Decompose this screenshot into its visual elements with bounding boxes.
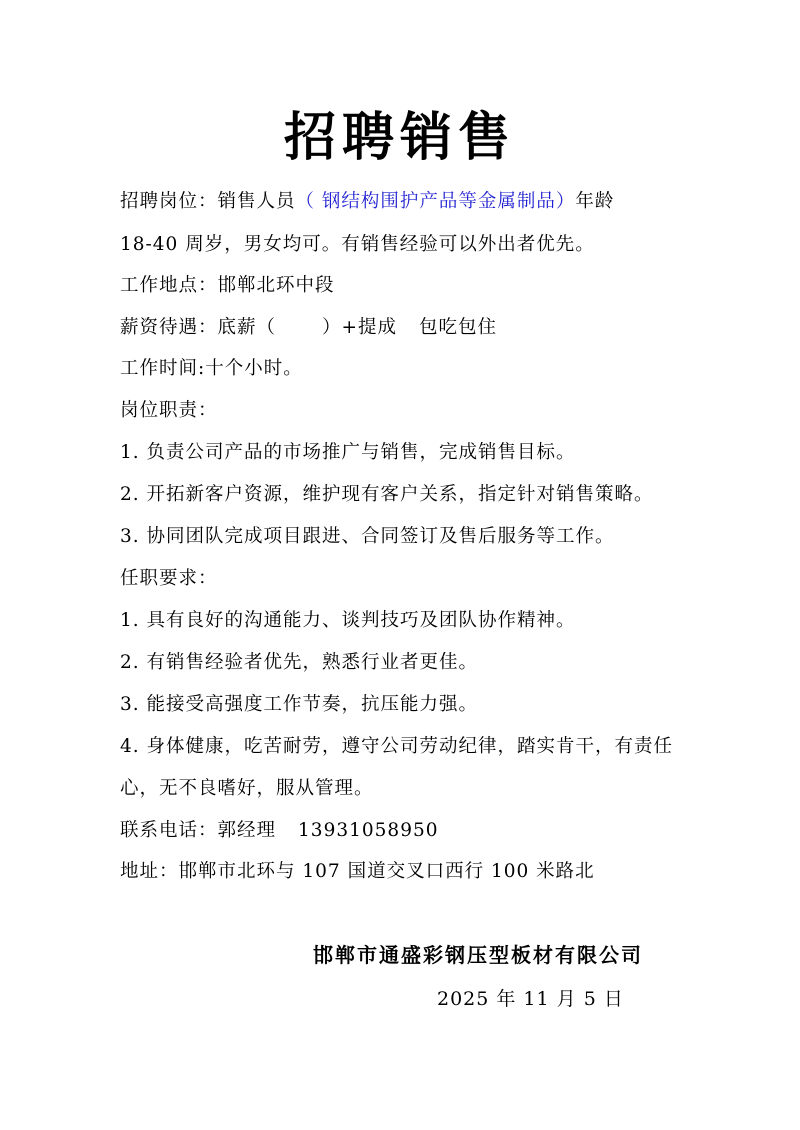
- hours-line: 工作时间:十个小时。: [120, 356, 303, 382]
- contact-line: 联系电话：郭经理13931058950: [120, 818, 439, 844]
- requirement-item-continued: 心，无不良嗜好，服从管理。: [120, 776, 374, 802]
- duty-item: 3. 协同团队完成项目跟进、合同签订及售后服务等工作。: [120, 524, 615, 550]
- page-title: 招聘销售: [0, 106, 800, 170]
- requirement-item: 1. 具有良好的沟通能力、谈判技巧及团队协作精神。: [120, 608, 576, 634]
- address-line: 地址：邯郸市北环与 107 国道交叉口西行 100 米路北: [120, 859, 595, 885]
- requirement-item: 2. 有销售经验者优先，熟悉行业者更佳。: [120, 650, 478, 676]
- duty-item: 2. 开拓新客户资源，维护现有客户关系，指定针对销售策略。: [120, 482, 654, 508]
- position-value: 销售人员: [218, 191, 296, 212]
- position-label: 招聘岗位：: [120, 191, 218, 212]
- location-value: 邯郸北环中段: [218, 275, 335, 296]
- requirement-item: 3. 能接受高强度工作节奏，抗压能力强。: [120, 692, 478, 718]
- signature-date: 2025 年 11 月 5 日: [437, 986, 624, 1012]
- contact-person: 郭经理: [218, 820, 277, 841]
- requirements-heading: 任职要求：: [120, 566, 218, 592]
- address-value: 邯郸市北环与 107 国道交叉口西行 100 米路北: [179, 861, 595, 882]
- duty-item: 1. 负责公司产品的市场推广与销售，完成销售目标。: [120, 440, 576, 466]
- document-page: 招聘销售 招聘岗位：销售人员（ 钢结构围护产品等金属制品）年龄 18-40 周岁…: [0, 0, 800, 1130]
- salary-label: 薪资待遇：: [120, 317, 218, 338]
- contact-phone: 13931058950: [298, 820, 438, 841]
- address-label: 地址：: [120, 861, 179, 882]
- duties-heading: 岗位职责：: [120, 398, 218, 424]
- requirement-item: 4. 身体健康，吃苦耐劳，遵守公司劳动纪律，踏实肯干，有责任: [120, 734, 673, 760]
- location-label: 工作地点：: [120, 275, 218, 296]
- salary-line: 薪资待遇：底薪（）+提成包吃包住: [120, 315, 497, 341]
- location-line: 工作地点：邯郸北环中段: [120, 273, 335, 299]
- salary-rest: ）+提成: [322, 317, 397, 338]
- contact-label: 联系电话：: [120, 820, 218, 841]
- salary-benefits: 包吃包住: [419, 317, 497, 338]
- age-label: 年龄: [575, 191, 614, 212]
- position-line: 招聘岗位：销售人员（ 钢结构围护产品等金属制品）年龄: [120, 189, 614, 215]
- company-signature: 邯郸市通盛彩钢压型板材有限公司: [313, 942, 643, 968]
- product-highlight: （ 钢结构围护产品等金属制品）: [296, 191, 576, 212]
- age-requirement-line: 18-40 周岁，男女均可。有销售经验可以外出者优先。: [120, 232, 595, 258]
- salary-base: 底薪（: [218, 317, 277, 338]
